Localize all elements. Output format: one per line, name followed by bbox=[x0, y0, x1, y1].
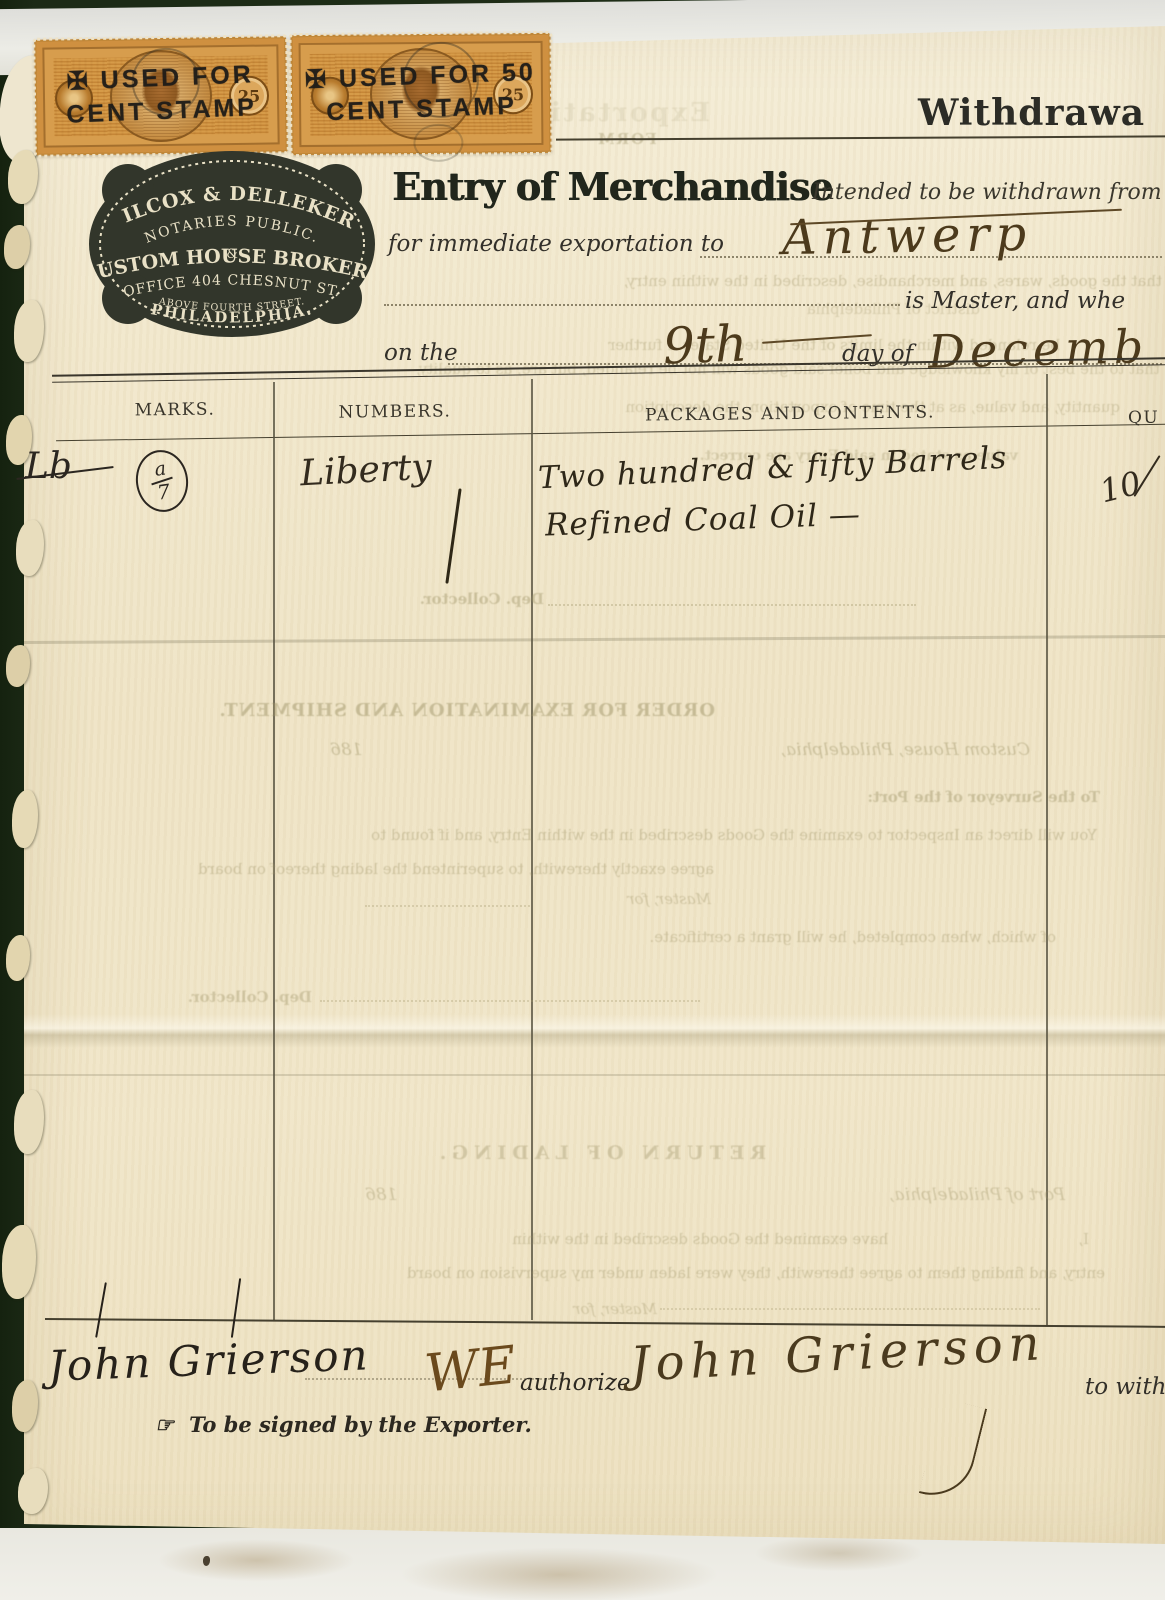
stamp-overprint: ✠ USED FOR CENT STAMP bbox=[36, 57, 286, 132]
seal-graphic: WILCOX & DELLEKER. NOTARIES PUBLIC. & CU… bbox=[86, 148, 378, 340]
bleedthrough-signature-line bbox=[320, 1000, 700, 1002]
bleedthrough-blank-line bbox=[660, 1308, 1040, 1310]
bleedthrough-order-place: Custom House, Philadelphia, bbox=[781, 740, 1030, 760]
bleedthrough-order-title: ORDER FOR EXAMINATION AND SHIPMENT. bbox=[255, 700, 715, 721]
bleedthrough-return-i: I, bbox=[1078, 1230, 1089, 1248]
column-header-marks: MARKS. bbox=[110, 399, 240, 420]
bleedthrough-return-body1: have examined the Goods described in the… bbox=[512, 1230, 888, 1248]
vessel-name-handwritten: Liberty bbox=[299, 447, 433, 495]
bleedthrough-master-for: Master, for bbox=[535, 890, 711, 908]
bleedthrough-dep-collector: Dep. Collector. bbox=[170, 988, 312, 1006]
column-header-packages: PACKAGES AND CONTENTS. bbox=[640, 402, 940, 425]
bleedthrough-surveyor-heading: To the Surveyor of the Port: bbox=[760, 788, 1100, 806]
to-with-script: to with bbox=[1085, 1374, 1165, 1400]
bleedthrough-order-dateline: Custom House, Philadelphia, 186 bbox=[330, 740, 1030, 760]
date-month-handwritten: Decemb bbox=[927, 319, 1148, 379]
authorize-label: authorize bbox=[520, 1370, 631, 1396]
exportation-label: for immediate exportation to bbox=[388, 231, 724, 257]
circle-mark-bottom: 7 bbox=[156, 481, 171, 503]
revenue-stamp-right: 25 ✠ USED FOR 50 CENT STAMP bbox=[290, 33, 551, 155]
bleedthrough-order-body: You will direct an Inspector to examine … bbox=[215, 826, 1097, 844]
bleedthrough-return-line: I, have examined the Goods described in … bbox=[215, 1230, 1089, 1248]
exporter-note: ☞ To be signed by the Exporter. bbox=[155, 1412, 532, 1437]
bleedthrough-master-for: Master, for bbox=[525, 1300, 657, 1318]
bleedthrough-order-body: agree exactly therewith, to superintend … bbox=[198, 860, 714, 878]
table-column-divider bbox=[1046, 374, 1048, 1326]
stamp-overprint: ✠ USED FOR 50 CENT STAMP bbox=[292, 56, 550, 130]
we-handwritten: WE bbox=[422, 1335, 519, 1404]
bleedthrough-order-body: of which, when completed, he will grant … bbox=[600, 928, 1056, 946]
bleedthrough-signature-line bbox=[548, 604, 916, 606]
bleedthrough-blank-line bbox=[365, 905, 530, 907]
master-script: is Master, and whe bbox=[905, 288, 1125, 314]
withdrawal-heading: Withdrawa bbox=[918, 92, 1145, 134]
pointing-hand-icon: ☞ bbox=[155, 1412, 174, 1437]
exporter-note-text: To be signed by the Exporter. bbox=[189, 1412, 532, 1437]
fold-crease bbox=[24, 1074, 1165, 1076]
bleedthrough-return-dateline: Port of Philadelphia, 186 bbox=[365, 1185, 1065, 1205]
table-column-divider bbox=[531, 379, 533, 1320]
marks-mark-handwritten: Lb bbox=[25, 446, 72, 487]
bleedthrough-return-year: 186 bbox=[365, 1185, 397, 1205]
document-scan: Exportation Entry FORM that the goods, w… bbox=[0, 0, 1165, 1600]
bleedthrough-return-body2: entry, and finding them to agree therewi… bbox=[215, 1264, 1105, 1282]
fold-crease bbox=[24, 1014, 1165, 1048]
bleedthrough-order-year: 186 bbox=[330, 740, 362, 760]
bleedthrough-dep-collector: Dep. Collector. bbox=[412, 590, 544, 608]
entry-title: Entry of Merchandise bbox=[392, 164, 832, 209]
table-column-divider bbox=[273, 382, 275, 1320]
notary-broker-seal: WILCOX & DELLEKER. NOTARIES PUBLIC. & CU… bbox=[86, 148, 378, 340]
circle-mark-top: a bbox=[153, 459, 167, 479]
on-the-label: on the bbox=[384, 340, 458, 366]
master-ruled-line bbox=[384, 304, 900, 306]
bleedthrough-return-title: RETURN OF LADING. bbox=[385, 1142, 815, 1164]
bleedthrough-return-place: Port of Philadelphia, bbox=[889, 1185, 1065, 1205]
column-header-numbers: NUMBERS. bbox=[330, 401, 460, 422]
column-header-quantity: QU bbox=[1128, 408, 1165, 428]
intended-script: Intended to be withdrawn from bbox=[812, 180, 1162, 205]
revenue-stamp-left: 25 ✠ USED FOR CENT STAMP bbox=[34, 36, 288, 156]
